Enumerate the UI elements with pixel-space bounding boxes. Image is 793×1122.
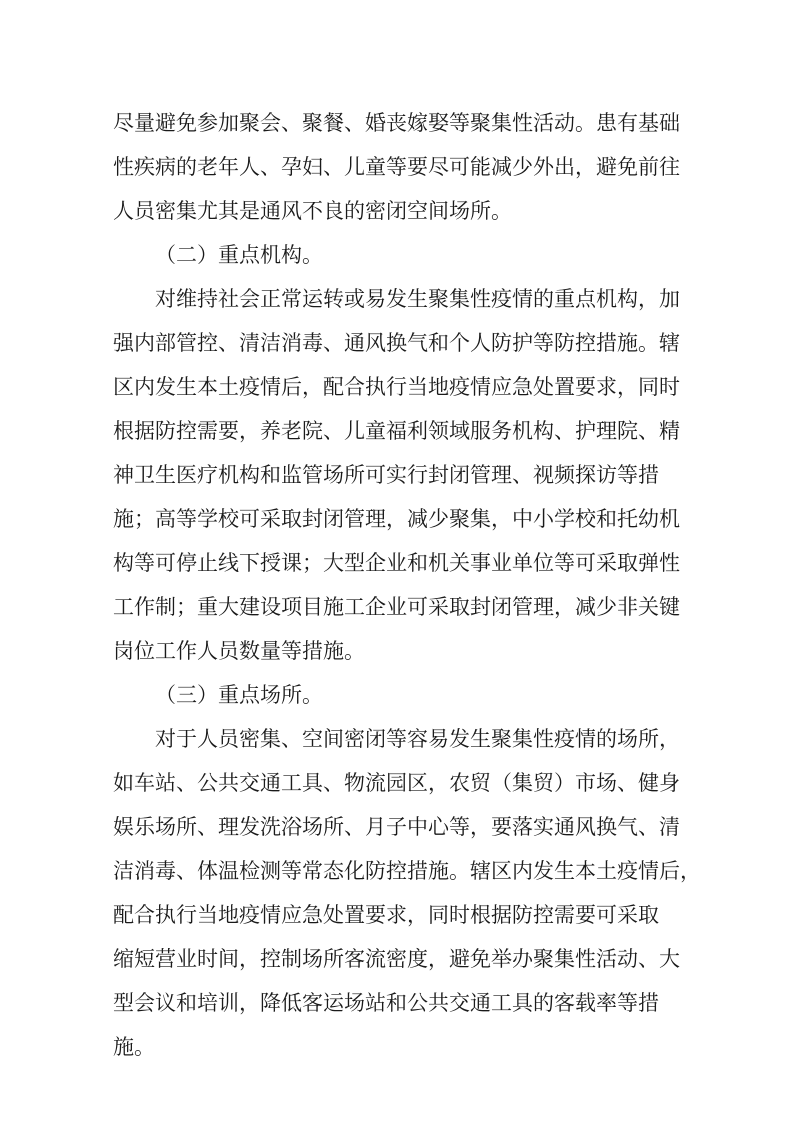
- body-line: 工作制；重大建设项目施工企业可采取封闭管理，减少非关键: [113, 592, 685, 622]
- document-page: 尽量避免参加聚会、聚餐、婚丧嫁娶等聚集性活动。患有基础 性疾病的老年人、孕妇、儿…: [0, 0, 793, 1122]
- body-line: 区内发生本土疫情后，配合执行当地疫情应急处置要求，同时: [113, 372, 685, 402]
- section-heading-key-institutions: （二）重点机构。: [155, 240, 323, 270]
- body-line: 神卫生医疗机构和监管场所可实行封闭管理、视频探访等措: [113, 460, 685, 490]
- body-line: 施。: [113, 1032, 685, 1062]
- body-line: 尽量避免参加聚会、聚餐、婚丧嫁娶等聚集性活动。患有基础: [113, 108, 685, 138]
- body-line: 构等可停止线下授课；大型企业和机关事业单位等可采取弹性: [113, 548, 685, 578]
- body-line: 人员密集尤其是通风不良的密闭空间场所。: [113, 196, 685, 226]
- body-line: 配合执行当地疫情应急处置要求，同时根据防控需要可采取: [113, 900, 685, 930]
- section-heading-key-places: （三）重点场所。: [155, 680, 323, 710]
- body-line: 强内部管控、清洁消毒、通风换气和个人防护等防控措施。辖: [113, 328, 685, 358]
- body-line: 如车站、公共交通工具、物流园区，农贸（集贸）市场、健身: [113, 768, 685, 798]
- body-line: 娱乐场所、理发洗浴场所、月子中心等，要落实通风换气、清: [113, 812, 685, 842]
- body-line: 岗位工作人员数量等措施。: [113, 636, 685, 666]
- body-line: 性疾病的老年人、孕妇、儿童等要尽可能减少外出，避免前往: [113, 152, 685, 182]
- body-line: 施；高等学校可采取封闭管理，减少聚集，中小学校和托幼机: [113, 504, 685, 534]
- body-line: 洁消毒、体温检测等常态化防控措施。辖区内发生本土疫情后，: [113, 856, 685, 886]
- body-line: 型会议和培训，降低客运场站和公共交通工具的客载率等措: [113, 988, 685, 1018]
- body-line: 对维持社会正常运转或易发生聚集性疫情的重点机构，加: [155, 284, 685, 314]
- body-line: 缩短营业时间，控制场所客流密度，避免举办聚集性活动、大: [113, 944, 685, 974]
- body-line: 根据防控需要，养老院、儿童福利领域服务机构、护理院、精: [113, 416, 685, 446]
- body-line: 对于人员密集、空间密闭等容易发生聚集性疫情的场所，: [155, 724, 685, 754]
